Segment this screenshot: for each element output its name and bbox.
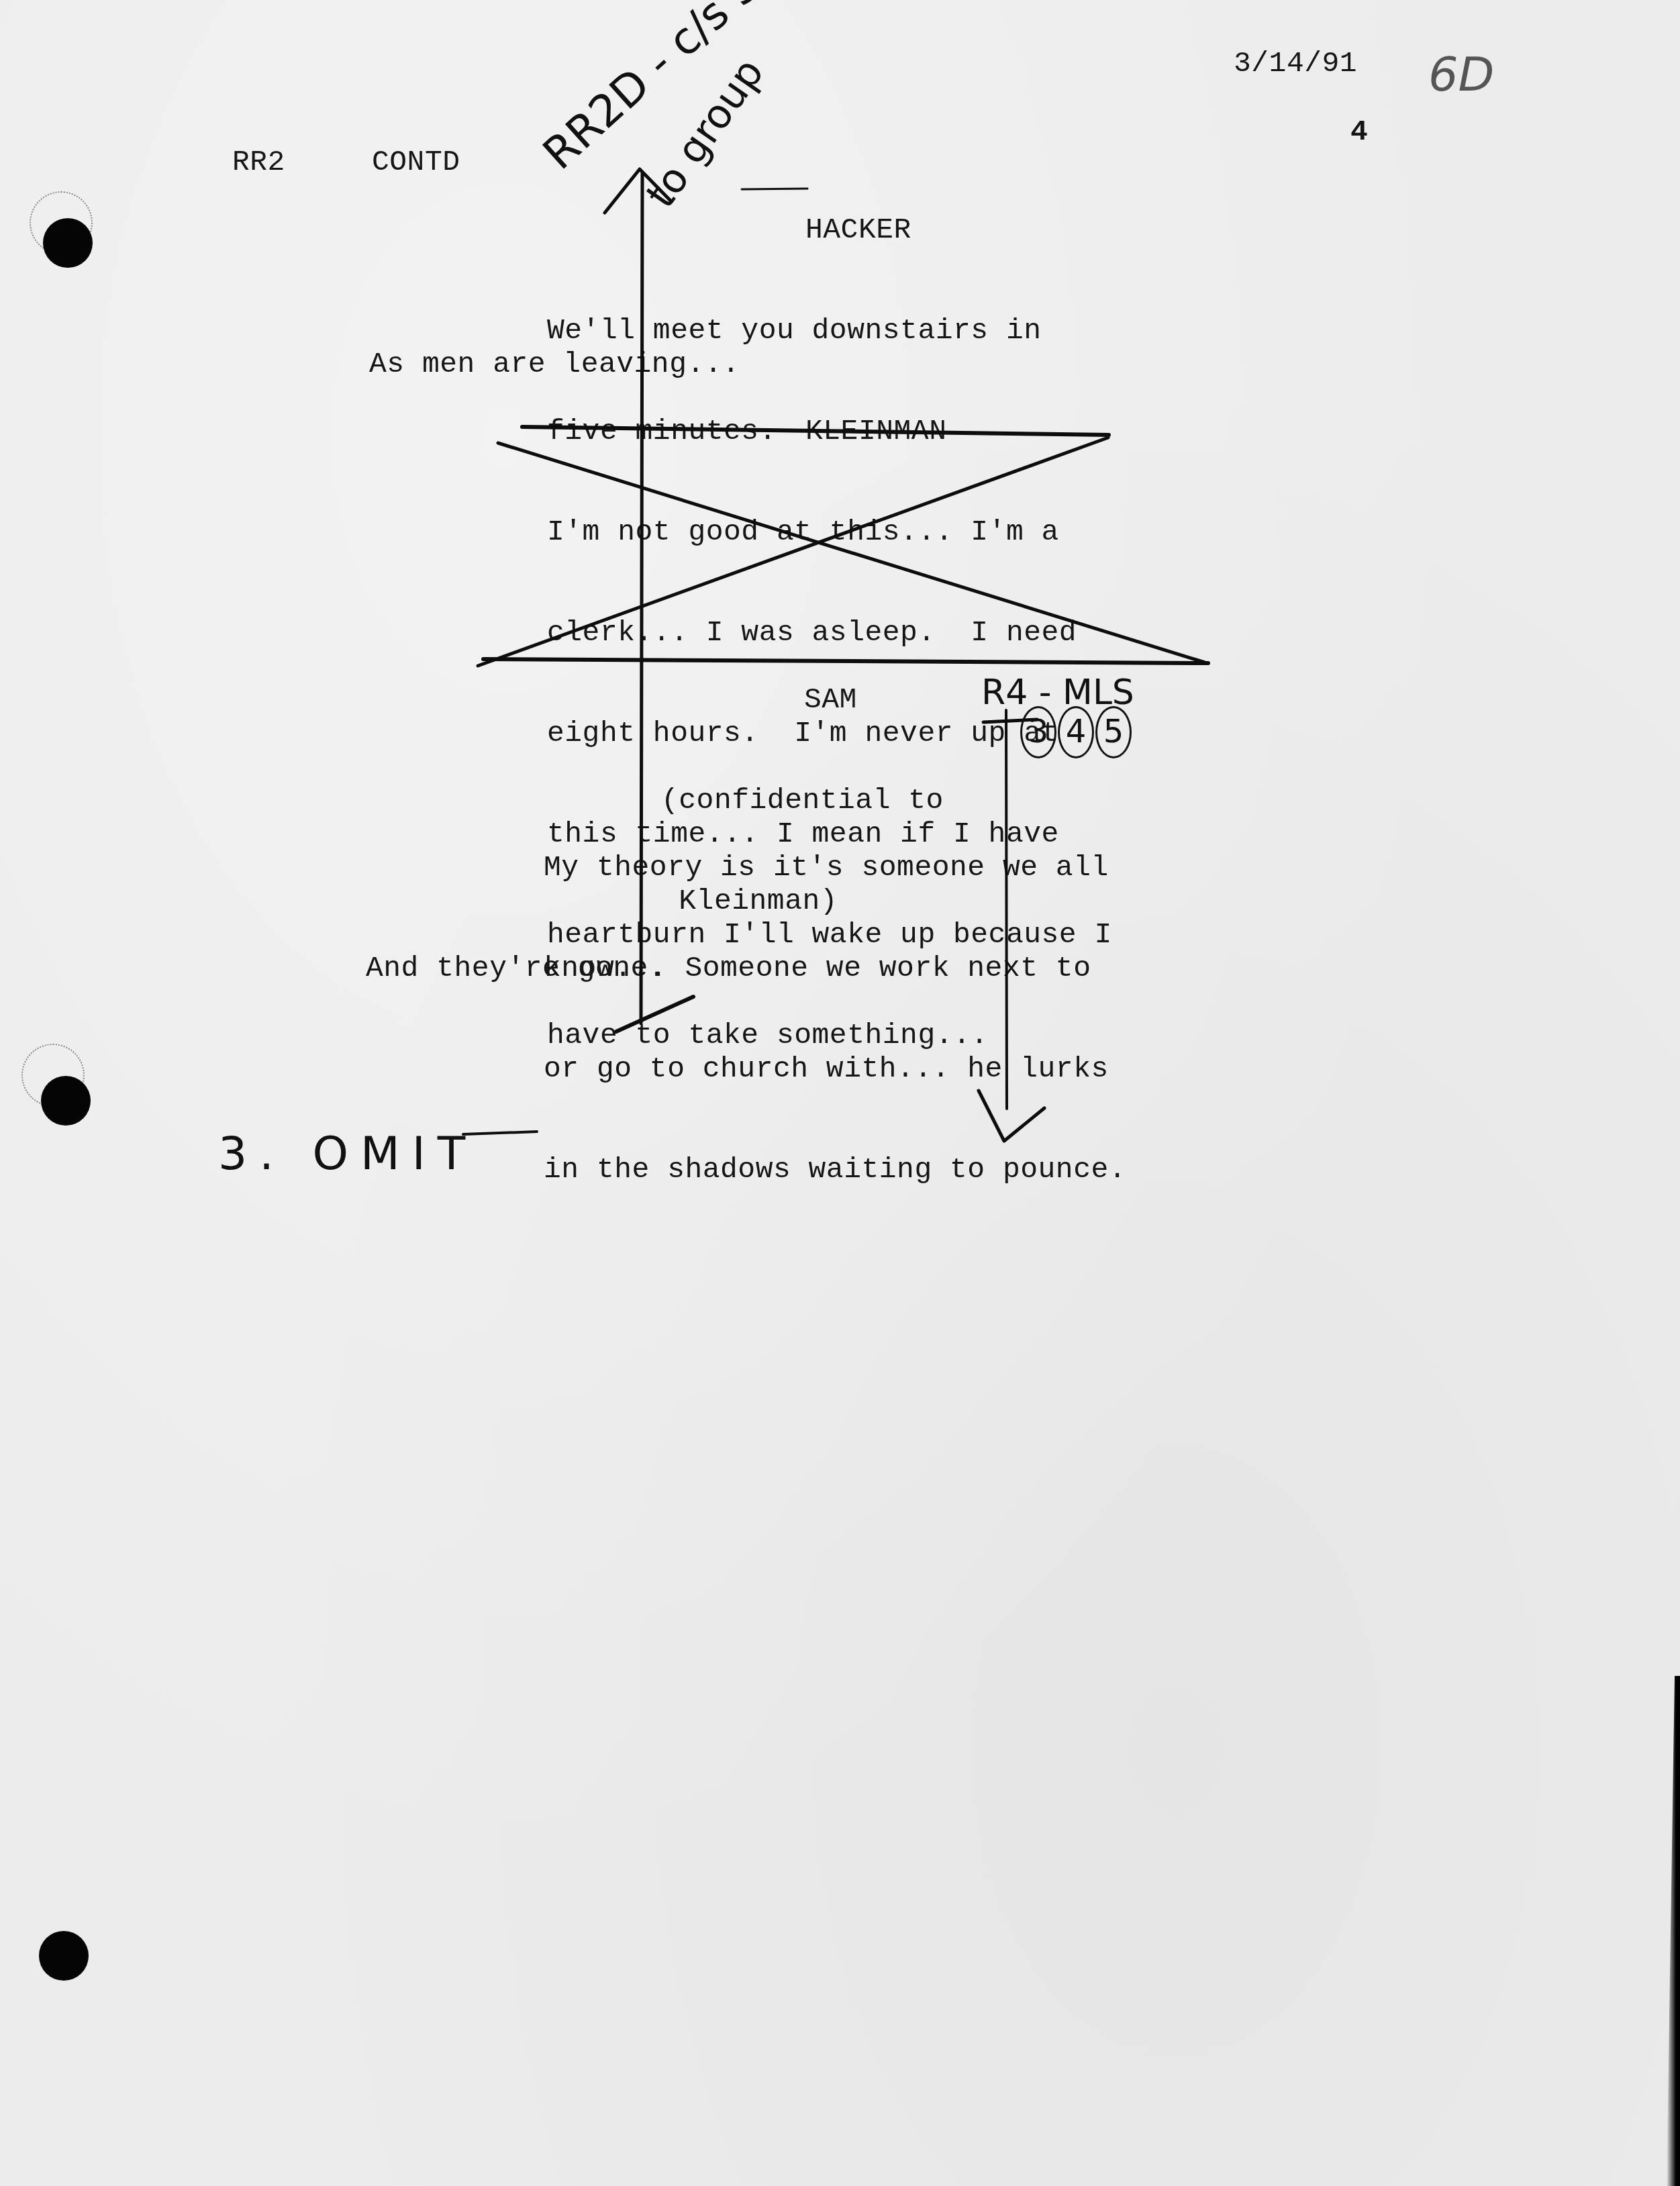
scene-code: RR2	[232, 146, 285, 179]
circled-number: 4	[1058, 706, 1094, 758]
dialogue-line: five minutes.	[547, 415, 1042, 448]
action-men-leaving: As men are leaving...	[369, 348, 740, 381]
continued-label: CONTD	[372, 146, 460, 179]
handwritten-note-omit: 3. OMIT	[218, 1128, 477, 1181]
page-number: 4	[1350, 115, 1368, 149]
character-sam: SAM	[804, 683, 857, 717]
dialogue-line: clerk... I was asleep. I need	[547, 616, 1112, 650]
handwritten-page-mark: 6D	[1428, 47, 1494, 102]
dialogue-line: in the shadows waiting to pounce.	[544, 1153, 1126, 1187]
dialogue-sam: My theory is it's someone we all know...…	[544, 784, 1126, 1254]
script-page: RR2 CONTD 3/14/91 4 6D HACKER We'll meet…	[0, 0, 1680, 2186]
binder-hole-top	[43, 218, 93, 268]
action-theyre-gone: And they're gone.	[366, 952, 666, 985]
binder-hole-middle	[41, 1076, 91, 1126]
circled-number: 3	[1020, 706, 1056, 758]
circled-setups: 3 4 5	[1020, 706, 1132, 758]
circled-number: 5	[1095, 706, 1132, 758]
dialogue-line: We'll meet you downstairs in	[547, 314, 1042, 348]
character-kleinman: KLEINMAN	[805, 415, 946, 448]
character-hacker: HACKER	[805, 213, 911, 247]
page-edge-shadow	[1667, 1676, 1680, 2186]
dialogue-line: or go to church with... he lurks	[544, 1052, 1126, 1086]
binder-hole-bottom	[39, 1931, 89, 1981]
dialogue-line: I'm not good at this... I'm a	[547, 515, 1112, 549]
revision-date: 3/14/91	[1234, 47, 1357, 81]
dialogue-line: My theory is it's someone we all	[544, 851, 1126, 885]
